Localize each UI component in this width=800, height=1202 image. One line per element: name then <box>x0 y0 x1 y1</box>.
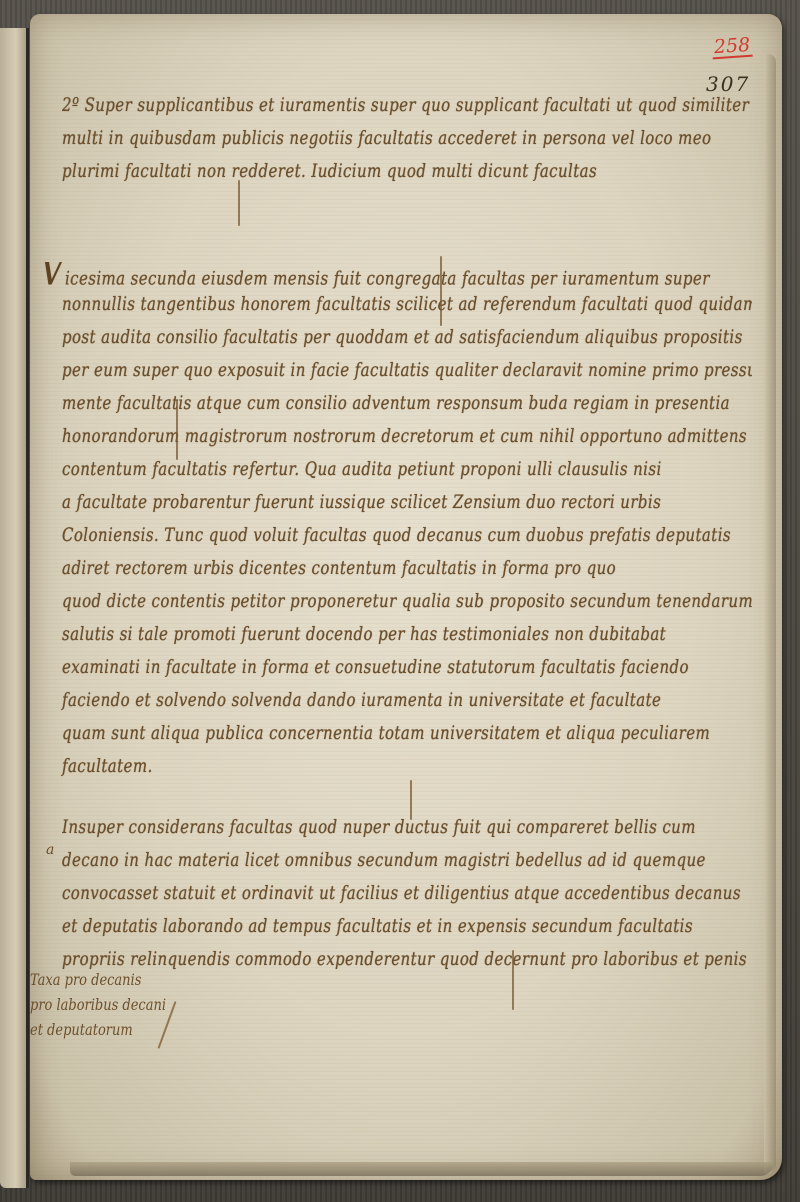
folio-number-modern: 258 <box>711 35 753 60</box>
margin-note-line: et deputatorum <box>30 1016 250 1046</box>
page-bottom-edge <box>70 1162 774 1176</box>
folio-number-original: 307 <box>706 72 750 96</box>
paragraph-1: 2º Super supplicantibus et iuramentis su… <box>62 96 752 195</box>
descender-stroke <box>410 780 412 820</box>
text-line: plurimi facultati non redderet. Iudicium… <box>62 162 752 203</box>
text-line: facultatem. <box>40 757 752 798</box>
paragraph-2: Vicesima secunda eiusdem mensis fuit con… <box>40 262 752 790</box>
descender-stroke <box>512 950 514 1010</box>
marginal-letter: a <box>46 842 54 858</box>
descender-stroke <box>238 180 240 226</box>
descender-stroke <box>176 400 178 460</box>
descender-stroke <box>440 256 442 326</box>
paragraph-3: Insuper considerans facultas quod nuper … <box>62 818 752 983</box>
margin-note: Taxa pro decanis pro laboribus decani et… <box>30 966 250 1041</box>
facing-page-edge <box>0 28 29 1188</box>
page-fore-edge <box>764 54 776 1174</box>
